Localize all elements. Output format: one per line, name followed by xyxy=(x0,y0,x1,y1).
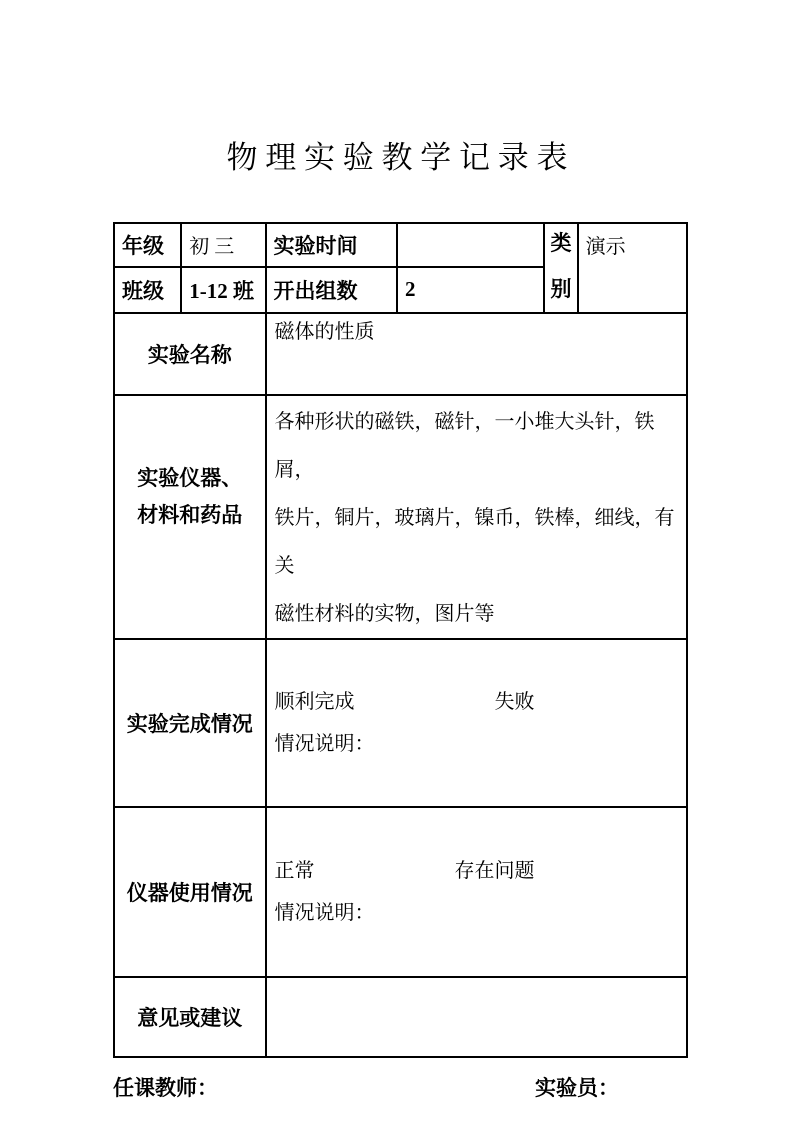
class-label: 班级 xyxy=(114,267,181,313)
footer-experimenter-label: 实验员： xyxy=(535,1072,619,1102)
footer: 任课教师： 实验员： xyxy=(113,1072,688,1102)
equipment-value-line: 各种形状的磁铁，磁针，一小堆大头针，铁屑， xyxy=(275,398,678,494)
usage-value: 正常 存在问题 情况说明： xyxy=(266,807,687,977)
completion-option-success: 顺利完成 xyxy=(275,691,355,713)
groups-value: 2 xyxy=(397,267,545,313)
experiment-name-label: 实验名称 xyxy=(114,313,266,395)
usage-label: 仪器使用情况 xyxy=(114,807,266,977)
suggestions-value xyxy=(266,977,687,1057)
table-row-usage: 仪器使用情况 正常 存在问题 情况说明： xyxy=(114,807,687,977)
equipment-value-line: 磁性材料的实物，图片等 xyxy=(275,590,678,638)
experiment-time-label: 实验时间 xyxy=(266,223,397,267)
table-row-experiment-name: 实验名称 磁体的性质 xyxy=(114,313,687,395)
equipment-label-line2: 材料和药品 xyxy=(115,497,265,534)
experiment-name-value: 磁体的性质 xyxy=(266,313,687,395)
completion-note-label: 情况说明： xyxy=(275,723,686,765)
completion-label: 实验完成情况 xyxy=(114,639,266,807)
usage-option-normal: 正常 xyxy=(275,860,315,882)
equipment-label: 实验仪器、 材料和药品 xyxy=(114,395,266,639)
table-row-equipment: 实验仪器、 材料和药品 各种形状的磁铁，磁针，一小堆大头针，铁屑， 铁片，铜片，… xyxy=(114,395,687,639)
page-title: 物 理 实 验 教 学 记 录 表 xyxy=(0,140,794,176)
category-label-char1: 类 xyxy=(545,230,576,256)
equipment-label-line1: 实验仪器、 xyxy=(115,460,265,497)
experiment-record-table: 年级 初 三 实验时间 类 别 演示 班级 1-12 班 开出组数 2 实验名称… xyxy=(113,222,688,1058)
table-row-completion: 实验完成情况 顺利完成 失败 情况说明： xyxy=(114,639,687,807)
equipment-value: 各种形状的磁铁，磁针，一小堆大头针，铁屑， 铁片，铜片，玻璃片，镍币，铁棒，细线… xyxy=(266,395,687,639)
completion-options-line: 顺利完成 失败 xyxy=(275,681,686,723)
category-label-gap xyxy=(545,256,576,276)
table-row-grade: 年级 初 三 实验时间 类 别 演示 xyxy=(114,223,687,267)
experiment-time-value xyxy=(397,223,545,267)
grade-value: 初 三 xyxy=(181,223,265,267)
category-label: 类 别 xyxy=(544,223,577,313)
class-value: 1-12 班 xyxy=(181,267,265,313)
category-value: 演示 xyxy=(578,223,687,313)
table-row-suggestions: 意见或建议 xyxy=(114,977,687,1057)
usage-note-label: 情况说明： xyxy=(275,892,686,934)
usage-option-problem: 存在问题 xyxy=(455,860,535,882)
grade-label: 年级 xyxy=(114,223,181,267)
groups-label: 开出组数 xyxy=(266,267,397,313)
completion-value: 顺利完成 失败 情况说明： xyxy=(266,639,687,807)
equipment-value-line: 铁片，铜片，玻璃片，镍币，铁棒，细线，有关 xyxy=(275,494,678,590)
suggestions-label: 意见或建议 xyxy=(114,977,266,1057)
footer-teacher-label: 任课教师： xyxy=(113,1076,218,1100)
category-label-char2: 别 xyxy=(545,276,576,302)
completion-option-fail: 失败 xyxy=(495,691,535,713)
usage-options-line: 正常 存在问题 xyxy=(275,850,686,892)
